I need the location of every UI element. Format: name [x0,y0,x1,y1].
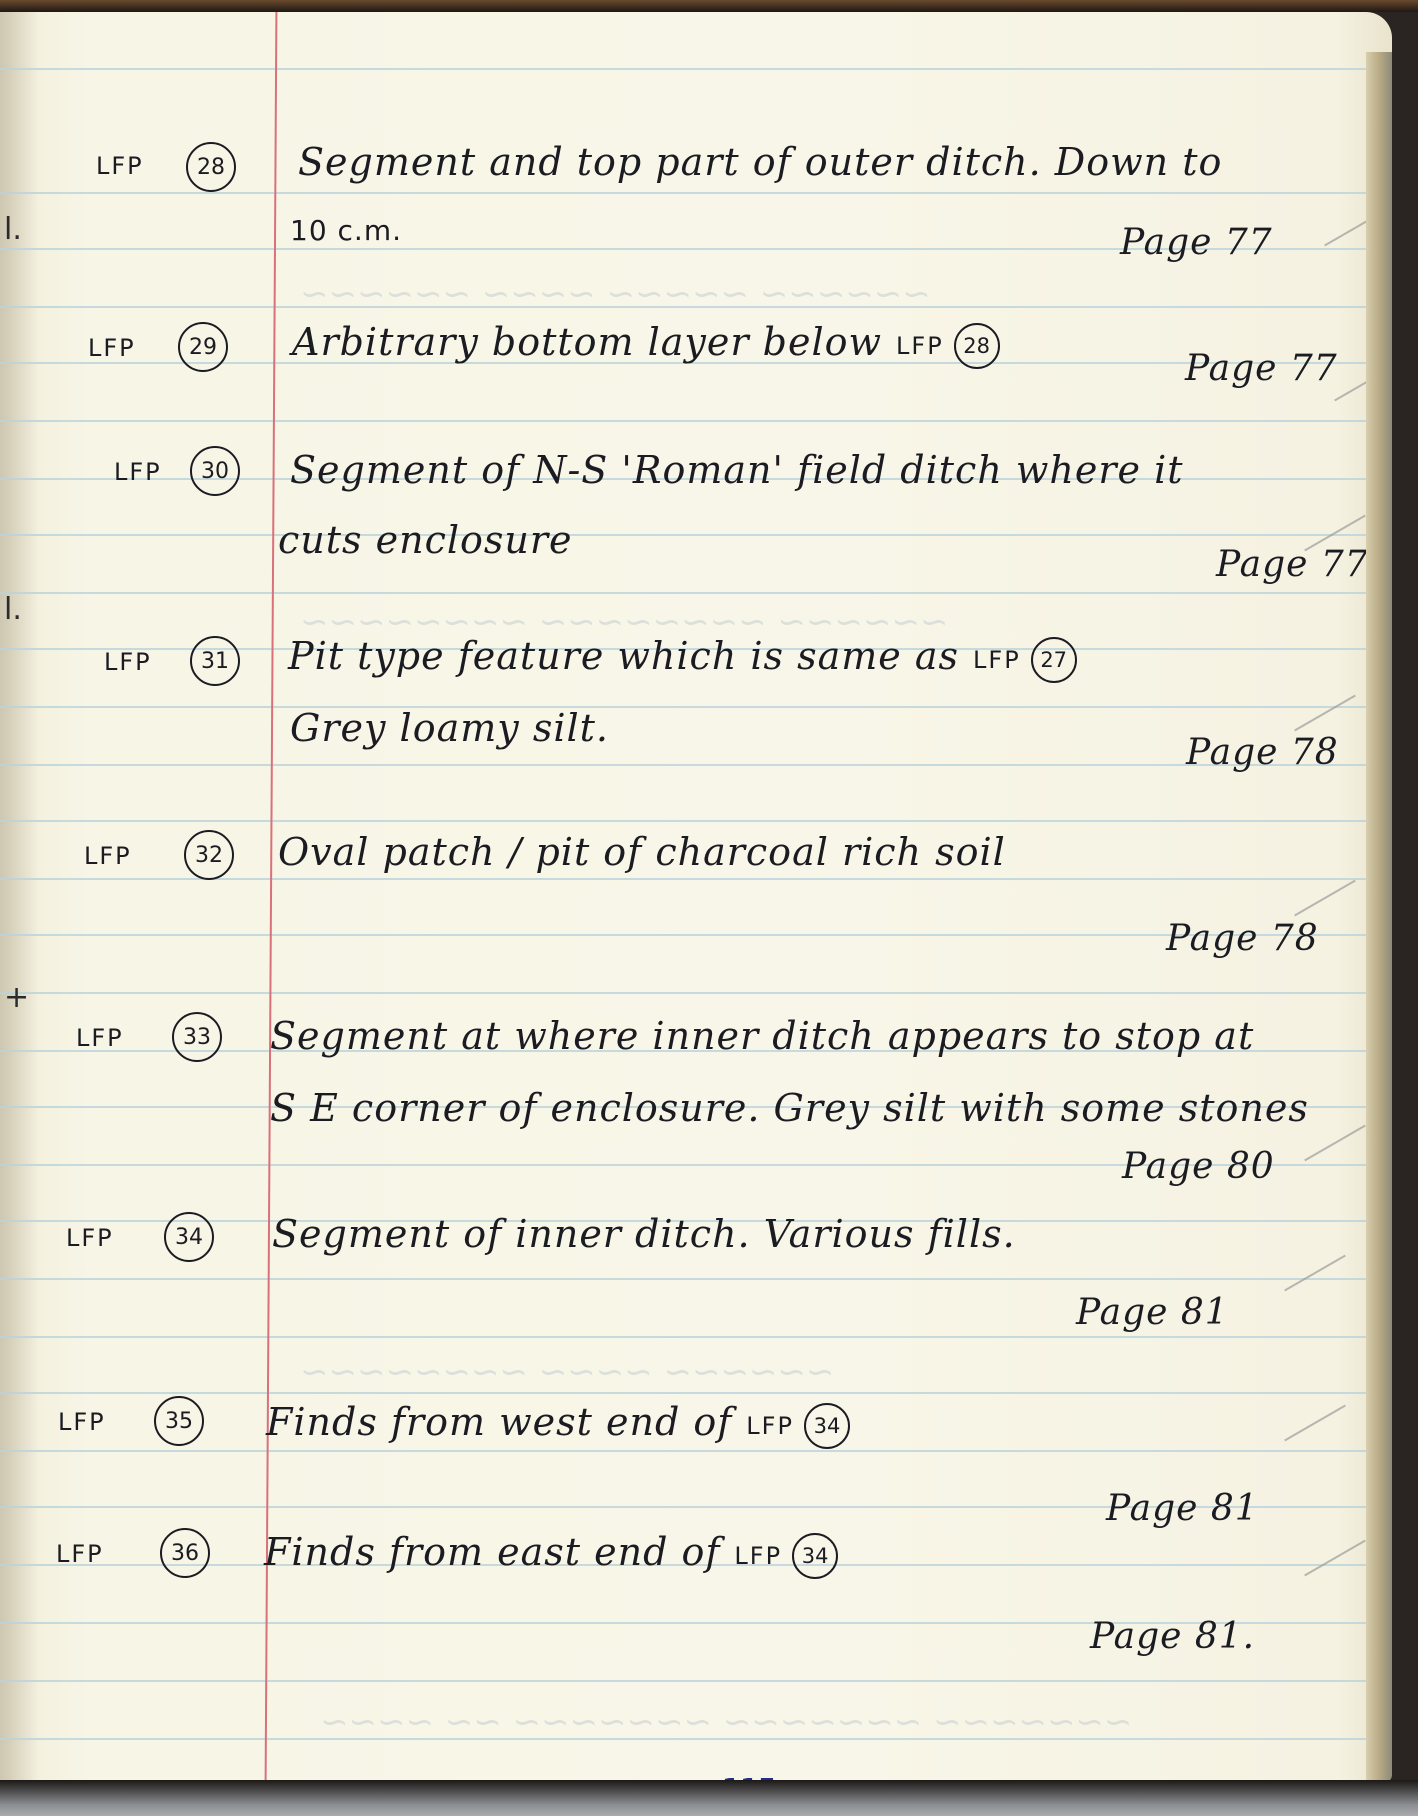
entry-code: LFP [96,152,144,180]
entry-page-reference: Page 81. [1090,1616,1255,1657]
ruled-line [0,68,1392,70]
pencil-tick-mark [1304,1125,1366,1162]
ruled-line [0,1278,1392,1280]
cross-reference: LFP27 [973,637,1077,683]
entry-page-reference: Page 81 [1106,1488,1259,1529]
pencil-tick-mark [1304,1540,1366,1577]
facing-page-mark: l. [4,212,22,247]
cross-reference-number-circled: 34 [792,1533,838,1579]
cross-reference-number-circled: 34 [804,1403,850,1449]
page-stack-edge [1366,52,1392,1784]
entry-description-line: Finds from west end ofLFP34 [266,1400,850,1449]
entry-code: LFP [66,1224,114,1252]
entry-page-reference: Page 78 [1186,732,1339,773]
entry-description-line: Segment of inner ditch. Various fills. [272,1212,1016,1256]
entry-description-line: Finds from east end ofLFP34 [264,1530,838,1579]
entry-code: LFP [104,648,152,676]
entry-number-circled: 28 [186,142,236,192]
entry-description-line: Segment and top part of outer ditch. Dow… [298,140,1222,184]
entry-description-line: Grey loamy silt. [290,706,609,750]
ruled-line [0,764,1392,766]
ruled-line [0,420,1392,422]
pencil-tick-mark [1294,880,1356,917]
entry-description-line: Oval patch / pit of charcoal rich soil [278,830,1006,874]
entry-number-circled: 30 [190,446,240,496]
facing-page-mark: l. [4,592,22,627]
show-through-writing: ~~~~~~ ~~~~ ~~~~~~~~ [300,1352,834,1392]
entry-code: LFP [114,458,162,486]
entry-number-circled: 29 [178,322,228,372]
entry-description-line: Segment of N-S 'Roman' field ditch where… [290,448,1184,492]
entry-page-reference: Page 81 [1076,1292,1229,1333]
red-margin-line [265,12,278,1784]
entry-page-reference: Page 77 [1120,222,1273,263]
show-through-writing: ~~~~~~~ ~~~~~~~ ~~~~~~~ ~~ ~~~~ [320,1702,1132,1742]
facing-page-mark: + [4,980,29,1015]
cross-reference-number-circled: 27 [1031,637,1077,683]
pencil-tick-mark [1284,1255,1346,1292]
entry-page-reference: Page 77 [1185,348,1338,389]
ruled-line [0,1336,1392,1338]
ruled-line [0,820,1392,822]
pencil-tick-mark [1284,1405,1346,1442]
cross-reference: LFP34 [746,1403,850,1449]
ruled-line [0,534,1392,536]
show-through-writing: ~~~~~~ ~~~~~ ~~~~ ~~~~~~ [300,274,931,314]
ruled-line [0,1680,1392,1682]
entry-number-circled: 33 [172,1012,222,1062]
entry-description-line: Pit type feature which is same asLFP27 [288,634,1077,683]
entry-description-line: cuts enclosure [278,518,573,562]
ruled-line [0,992,1392,994]
entry-description-line: 10 c.m. [290,214,402,247]
entry-number-circled: 32 [184,830,234,880]
entry-number-circled: 34 [164,1212,214,1262]
page-gutter-shadow [0,12,38,1784]
entry-code: LFP [84,842,132,870]
notebook-cover-edge [0,0,1418,12]
entry-page-reference: Page 78 [1166,918,1319,959]
entry-description-line: Arbitrary bottom layer belowLFP28 [292,320,1000,369]
ruled-line [0,1450,1392,1452]
entry-number-circled: 35 [154,1396,204,1446]
entry-page-reference: Page 80 [1122,1146,1275,1187]
cross-reference: LFP34 [734,1533,838,1579]
ruled-line [0,192,1392,194]
entry-number-circled: 36 [160,1528,210,1578]
entry-page-reference: Page 77. [1216,544,1381,585]
ruled-line [0,706,1392,708]
cross-reference-number-circled: 28 [954,323,1000,369]
entry-description-line: Segment at where inner ditch appears to … [270,1014,1254,1058]
notebook-bottom-edge [0,1780,1418,1816]
ruled-line [0,1392,1392,1394]
entry-number-circled: 31 [190,636,240,686]
entry-code: LFP [88,334,136,362]
pencil-tick-mark [1294,695,1356,732]
entry-description-line: S E corner of enclosure. Grey silt with … [270,1086,1309,1130]
notebook-page: ~~~~~~ ~~~~~ ~~~~ ~~~~~~ ~~~~~~ ~~~~~~~~… [0,12,1392,1784]
entry-code: LFP [58,1408,106,1436]
entry-code: LFP [56,1540,104,1568]
cross-reference: LFP28 [896,323,1000,369]
entry-code: LFP [76,1024,124,1052]
ruled-line [0,592,1392,594]
